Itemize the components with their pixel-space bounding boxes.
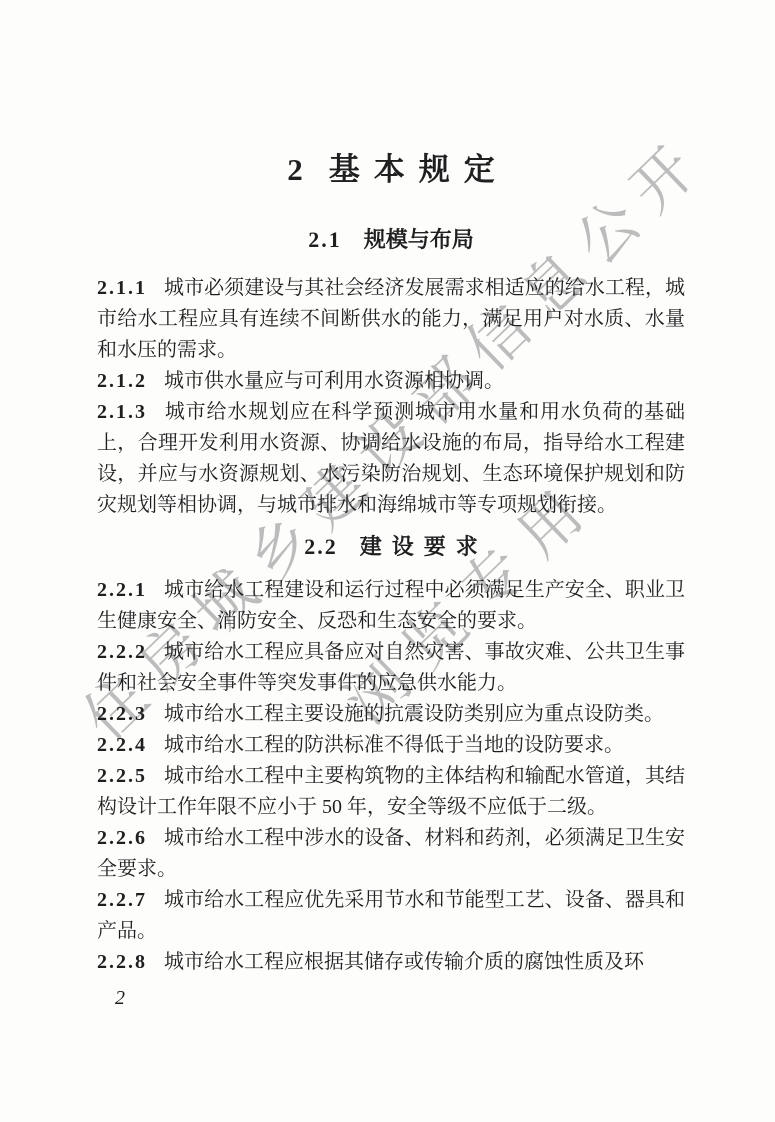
- page-number: 2: [115, 986, 685, 1010]
- clause-number: 2.2.3: [97, 703, 147, 725]
- section-heading-2-1: 2.1规模与布局: [97, 226, 685, 253]
- clause-2-2-1: 2.2.1城市给水工程建设和运行过程中必须满足生产安全、职业卫生健康安全、消防安…: [97, 575, 685, 637]
- clause-text: 城市必须建设与其社会经济发展需求相适应的给水工程，城市给水工程应具有连续不间断供…: [97, 277, 685, 361]
- clause-number: 2.2.7: [97, 889, 147, 911]
- clause-text: 城市给水工程的防洪标准不得低于当地的设防要求。: [164, 734, 624, 756]
- clause-text: 城市给水工程应具备应对自然灾害、事故灾难、公共卫生事件和社会安全事件等突发事件的…: [97, 641, 685, 694]
- clause-number: 2.1.2: [97, 370, 147, 392]
- clause-text: 城市给水工程建设和运行过程中必须满足生产安全、职业卫生健康安全、消防安全、反恐和…: [97, 579, 685, 632]
- clause-2-2-8: 2.2.8城市给水工程应根据其储存或传输介质的腐蚀性质及环: [97, 947, 685, 978]
- clause-text: 城市给水工程应优先采用节水和节能型工艺、设备、器具和产品。: [97, 889, 685, 942]
- clause-2-2-2: 2.2.2城市给水工程应具备应对自然灾害、事故灾难、公共卫生事件和社会安全事件等…: [97, 637, 685, 699]
- clause-text: 城市给水工程中涉水的设备、材料和药剂，必须满足卫生安全要求。: [97, 827, 685, 880]
- clause-number: 2.2.8: [97, 951, 147, 973]
- clause-number: 2.1.1: [97, 277, 147, 299]
- section-number-2-1: 2.1: [308, 227, 342, 252]
- section-number-2-2: 2.2: [304, 534, 338, 559]
- clause-number: 2.2.1: [97, 579, 147, 601]
- clause-text: 城市给水工程中主要构筑物的主体结构和输配水管道，其结构设计工作年限不应小于 50…: [97, 765, 685, 818]
- clause-number: 2.2.5: [97, 765, 147, 787]
- chapter-heading: 2基本规定: [97, 152, 685, 188]
- clause-number: 2.2.4: [97, 734, 147, 756]
- clause-2-2-5: 2.2.5城市给水工程中主要构筑物的主体结构和输配水管道，其结构设计工作年限不应…: [97, 761, 685, 823]
- clause-2-2-3: 2.2.3城市给水工程主要设施的抗震设防类别应为重点设防类。: [97, 699, 685, 730]
- clause-text: 城市给水规划应在科学预测城市用水量和用水负荷的基础上，合理开发利用水资源、协调给…: [97, 401, 685, 516]
- clause-number: 2.2.2: [97, 641, 147, 663]
- section-title-2-2: 建设要求: [360, 534, 488, 559]
- clause-2-2-4: 2.2.4城市给水工程的防洪标准不得低于当地的设防要求。: [97, 730, 685, 761]
- document-page: 住房城乡建设部信息公开 浏览专用 2基本规定 2.1规模与布局 2.1.1城市必…: [0, 0, 775, 1122]
- clause-number: 2.1.3: [97, 401, 147, 423]
- clause-number: 2.2.6: [97, 827, 147, 849]
- clause-2-1-2: 2.1.2城市供水量应与可利用水资源相协调。: [97, 366, 685, 397]
- section-title-2-1: 规模与布局: [364, 227, 474, 252]
- section-heading-2-2: 2.2建设要求: [97, 533, 685, 560]
- clause-text: 城市给水工程应根据其储存或传输介质的腐蚀性质及环: [164, 951, 644, 973]
- chapter-number: 2: [287, 152, 303, 187]
- clause-2-2-7: 2.2.7城市给水工程应优先采用节水和节能型工艺、设备、器具和产品。: [97, 885, 685, 947]
- page-content: 2基本规定 2.1规模与布局 2.1.1城市必须建设与其社会经济发展需求相适应的…: [97, 152, 685, 1010]
- clause-text: 城市供水量应与可利用水资源相协调。: [164, 370, 504, 392]
- chapter-title-text: 基本规定: [329, 152, 509, 187]
- clause-2-1-3: 2.1.3城市给水规划应在科学预测城市用水量和用水负荷的基础上，合理开发利用水资…: [97, 397, 685, 521]
- clause-2-1-1: 2.1.1城市必须建设与其社会经济发展需求相适应的给水工程，城市给水工程应具有连…: [97, 273, 685, 366]
- clause-text: 城市给水工程主要设施的抗震设防类别应为重点设防类。: [164, 703, 664, 725]
- clause-2-2-6: 2.2.6城市给水工程中涉水的设备、材料和药剂，必须满足卫生安全要求。: [97, 823, 685, 885]
